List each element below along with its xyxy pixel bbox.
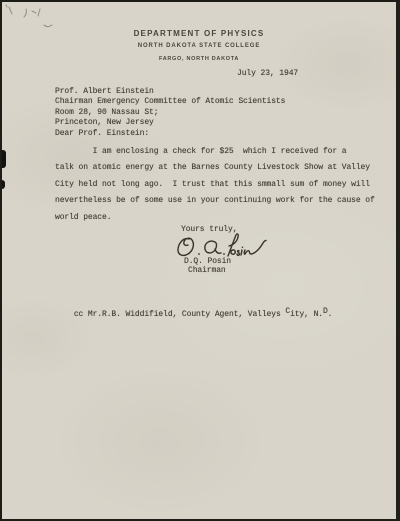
recipient-street: Room 28, 90 Nassau St; [55, 108, 285, 118]
body-paragraph: I am enclosing a check for $25 which I r… [55, 144, 375, 226]
body-line: talk on atomic energy at the Barnes Coun… [55, 160, 375, 176]
salutation: Dear Prof. Einstein: [55, 129, 149, 138]
handwritten-signature [175, 232, 270, 260]
recipient-city: Princeton, New Jersey [55, 118, 285, 128]
cc-text: . [328, 310, 333, 319]
typed-name: D.Q. Posin [184, 257, 231, 266]
letterhead-department: DEPARTMENT OF PHYSICS [2, 29, 396, 38]
cc-raised-letter: D [323, 307, 328, 316]
sender-title: Chairman [188, 266, 226, 275]
recipient-name: Prof. Albert Einstein [55, 87, 285, 97]
body-line: I am enclosing a check for $25 which I r… [55, 144, 375, 160]
recipient-title: Chairman Emergency Committee of Atomic S… [55, 97, 285, 107]
cc-raised-letter: C [285, 307, 290, 316]
scan-edge-blotch [2, 150, 6, 168]
date-line: July 23, 1947 [237, 69, 298, 78]
scan-edge-blotch [2, 180, 5, 189]
letter-sheet: DEPARTMENT OF PHYSICS NORTH DAKOTA STATE… [0, 0, 400, 521]
body-line: world peace. [55, 210, 375, 226]
body-line: nevertheless be of some use in your cont… [55, 193, 375, 209]
cc-text: cc Mr.R.B. Widdifield, County Agent, Val… [74, 310, 286, 319]
cc-line: cc Mr.R.B. Widdifield, County Agent, Val… [55, 301, 332, 328]
letterhead-institution: NORTH DAKOTA STATE COLLEGE [2, 43, 396, 49]
recipient-address: Prof. Albert Einstein Chairman Emergency… [55, 87, 285, 129]
cc-text: ity, N. [290, 310, 323, 319]
letterhead-location: FARGO, NORTH DAKOTA [2, 56, 396, 62]
body-line: City held not long ago. I trust that thi… [55, 177, 375, 193]
